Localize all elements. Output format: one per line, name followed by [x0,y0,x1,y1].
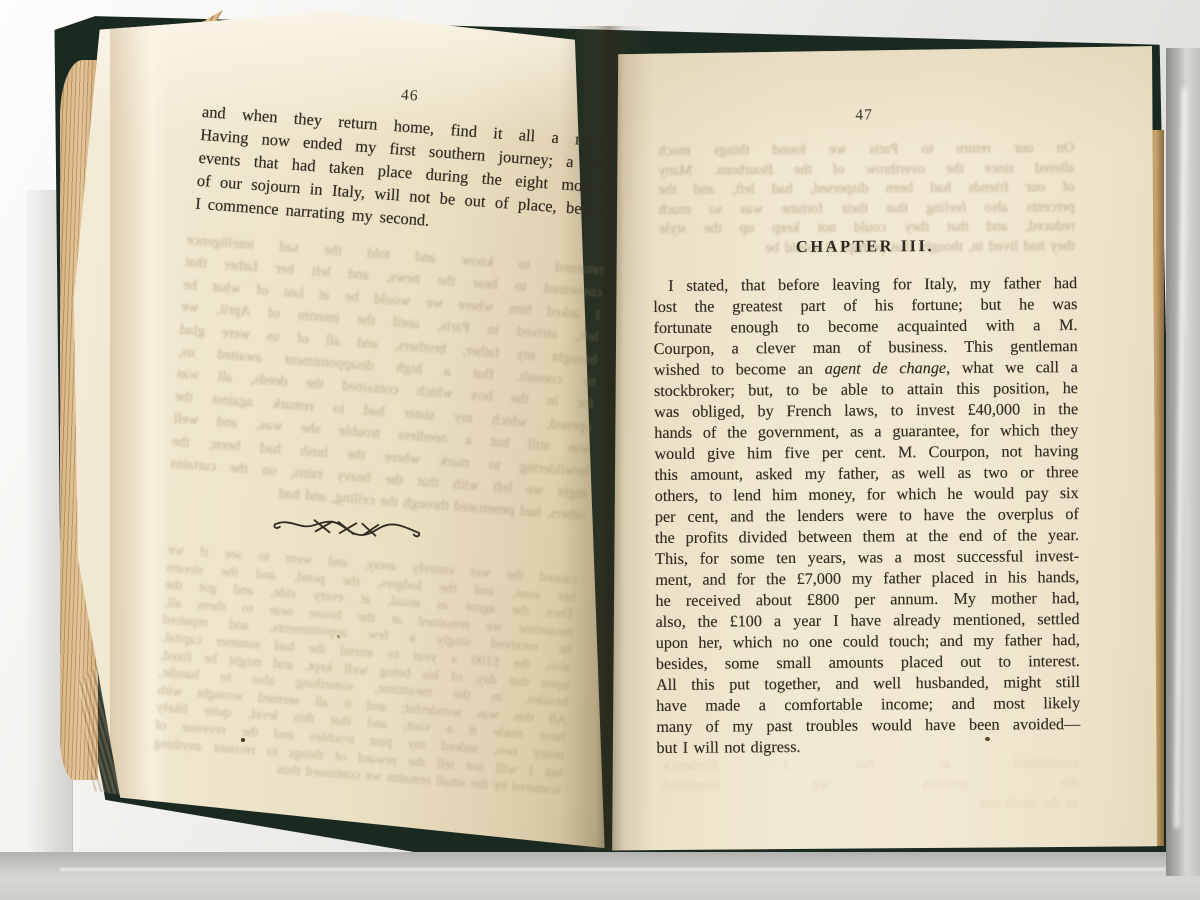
text-line: many of my past troubles would have been… [656,714,1080,738]
text-line: stockbroker; but, to be able to attain t… [654,378,1078,402]
plastic-sleeve-bottom [0,852,1200,900]
plastic-sleeve-right [1166,48,1200,876]
text-line: so the small rest [663,793,1079,816]
left-page-paragraph: and when they return home, find it all a… [195,100,614,245]
text-line: have made a comfortable income; and most… [656,693,1080,717]
foxing-speck [241,738,245,742]
text-line: also, the £100 a year I have already men… [656,609,1080,633]
sleeve-reflection [60,868,1200,871]
foxing-speck [337,635,340,638]
text-line: wished to become an agent de change, wha… [654,357,1078,381]
foxing-speck [985,737,990,741]
ghost-text-right-bottom: established at No. 1 Frederickthe remain… [663,753,1079,816]
text-line: lost the greatest part of his fortune; b… [653,294,1077,318]
text-line: per cent, and the lenders were to have t… [655,504,1079,528]
text-line: fortunate enough to become acquainted wi… [653,315,1077,339]
text-line: ment, and for the £7,000 my father place… [655,567,1079,591]
text-line: this amount, asked my father, as well as… [654,462,1078,486]
text-line: others, to lend him money, for which he … [655,483,1079,507]
text-line: I stated, that before leaving for Italy,… [653,273,1077,297]
ghost-text-left-upper: returned to know and told the sad intell… [168,229,605,528]
right-page-text: 47 On our return to Paris we found thing… [652,105,1081,828]
text-line: he received about £800 per annum. My mot… [655,588,1079,612]
sleeve-glare [1174,88,1187,828]
text-line: besides, some small amounts placed out t… [656,651,1080,675]
left-page-text: 46 and when they return home, find it al… [149,72,616,860]
text-line: upon her, which no one could touch; and … [656,630,1080,654]
text-line: the profits divided between them at the … [655,525,1079,549]
flourish-ornament [271,512,422,545]
ghost-text-left-lower: caused the wet entirely away, and went t… [152,541,578,799]
text-line: would give him five per cent. M. Courpon… [654,441,1078,465]
text-line: hands of the government, as a guarantee,… [654,420,1078,444]
chapter-heading: CHAPTER III. [653,235,1077,258]
text-line: This, for some ten years, was a most suc… [655,546,1079,570]
right-page-number: 47 [652,105,1076,126]
photo-open-book: 46 and when they return home, find it al… [0,0,1200,900]
chapter-paragraph: I stated, that before leaving for Italy,… [653,273,1080,759]
text-line: Courpon, a clever man of business. This … [654,336,1078,360]
text-line: was obliged, by French laws, to invest £… [654,399,1078,423]
text-line: All this put together, and well husbande… [656,672,1080,696]
